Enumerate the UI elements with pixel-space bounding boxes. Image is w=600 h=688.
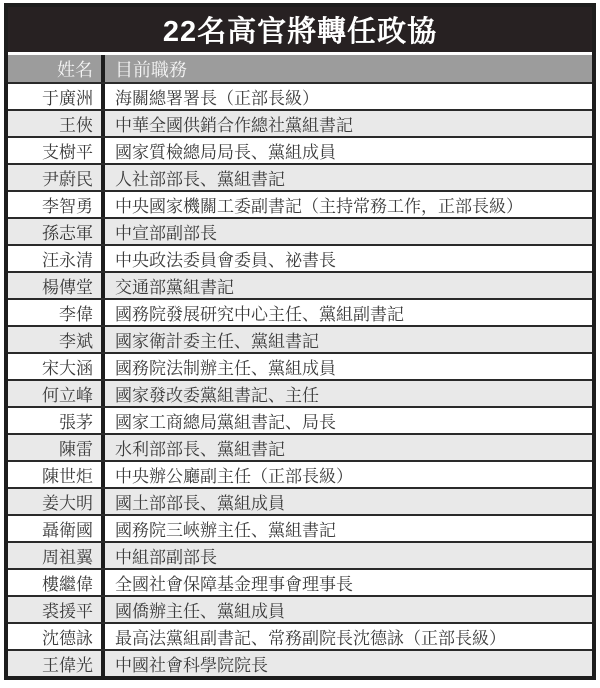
table-row: 張茅 國家工商總局黨組書記、局長 (8, 406, 592, 433)
official-position: 中央政法委員會委員、祕書長 (105, 246, 592, 271)
official-position: 國家工商總局黨組書記、局長 (105, 408, 592, 433)
official-name: 陳世炬 (8, 462, 101, 487)
official-name: 李斌 (8, 327, 101, 352)
official-position: 國務院法制辦主任、黨組成員 (105, 354, 592, 379)
table-row: 李智勇 中央國家機關工委副書記（主持常務工作，正部長級） (8, 190, 592, 217)
table-row: 聶衛國 國務院三峽辦主任、黨組書記 (8, 514, 592, 541)
table-row: 陳世炬 中央辦公廳副主任（正部長級） (8, 460, 592, 487)
official-position: 中華全國供銷合作總社黨組書記 (105, 111, 592, 136)
official-name: 李智勇 (8, 192, 101, 217)
official-name: 何立峰 (8, 381, 101, 406)
official-position: 國土部部長、黨組成員 (105, 489, 592, 514)
official-position: 人社部部長、黨組書記 (105, 165, 592, 190)
official-position: 國僑辦主任、黨組成員 (105, 597, 592, 622)
table-row: 楊傳堂 交通部黨組書記 (8, 271, 592, 298)
table-row: 支樹平 國家質檢總局局長、黨組成員 (8, 136, 592, 163)
table-row: 王俠 中華全國供銷合作總社黨組書記 (8, 109, 592, 136)
official-position: 中央辦公廳副主任（正部長級） (105, 462, 592, 487)
table-row: 樓繼偉 全國社會保障基金理事會理事長 (8, 568, 592, 595)
table-row: 尹蔚民 人社部部長、黨組書記 (8, 163, 592, 190)
official-position: 中央國家機關工委副書記（主持常務工作，正部長級） (105, 192, 592, 217)
officials-table: 22名高官將轉任政協 姓名 目前職務 于廣洲 海關總署署長（正部長級） 王俠 中… (4, 3, 596, 680)
official-position: 水利部部長、黨組書記 (105, 435, 592, 460)
official-name: 姜大明 (8, 489, 101, 514)
table-row: 何立峰 國家發改委黨組書記、主任 (8, 379, 592, 406)
table-row: 裘援平 國僑辦主任、黨組成員 (8, 595, 592, 622)
official-name: 陳雷 (8, 435, 101, 460)
official-name: 汪永清 (8, 246, 101, 271)
table-header-row: 姓名 目前職務 (8, 55, 592, 82)
table-row: 陳雷 水利部部長、黨組書記 (8, 433, 592, 460)
official-name: 支樹平 (8, 138, 101, 163)
table-row: 汪永清 中央政法委員會委員、祕書長 (8, 244, 592, 271)
official-position: 國務院三峽辦主任、黨組書記 (105, 516, 592, 541)
table-row: 李偉 國務院發展研究中心主任、黨組副書記 (8, 298, 592, 325)
official-name: 樓繼偉 (8, 570, 101, 595)
official-position: 中國社會科學院院長 (105, 651, 592, 676)
official-position: 中組部副部長 (105, 543, 592, 568)
official-name: 周祖翼 (8, 543, 101, 568)
official-position: 交通部黨組書記 (105, 273, 592, 298)
official-name: 裘援平 (8, 597, 101, 622)
table-row: 孫志軍 中宣部副部長 (8, 217, 592, 244)
official-name: 孫志軍 (8, 219, 101, 244)
official-name: 王俠 (8, 111, 101, 136)
official-name: 聶衛國 (8, 516, 101, 541)
official-position: 海關總署署長（正部長級） (105, 84, 592, 109)
official-name: 楊傳堂 (8, 273, 101, 298)
table-row: 王偉光 中國社會科學院院長 (8, 649, 592, 676)
official-position: 國家發改委黨組書記、主任 (105, 381, 592, 406)
official-name: 沈德詠 (8, 624, 101, 649)
official-position: 全國社會保障基金理事會理事長 (105, 570, 592, 595)
table-row: 姜大明 國土部部長、黨組成員 (8, 487, 592, 514)
official-position: 最高法黨組副書記、常務副院長沈德詠（正部長級） (105, 624, 592, 649)
table-row: 于廣洲 海關總署署長（正部長級） (8, 82, 592, 109)
table-row: 宋大涵 國務院法制辦主任、黨組成員 (8, 352, 592, 379)
header-name: 姓名 (8, 55, 101, 82)
page-title: 22名高官將轉任政協 (8, 7, 592, 52)
official-position: 國務院發展研究中心主任、黨組副書記 (105, 300, 592, 325)
official-position: 中宣部副部長 (105, 219, 592, 244)
official-name: 張茅 (8, 408, 101, 433)
table-row: 沈德詠 最高法黨組副書記、常務副院長沈德詠（正部長級） (8, 622, 592, 649)
table-row: 李斌 國家衛計委主任、黨組書記 (8, 325, 592, 352)
header-position: 目前職務 (105, 55, 592, 82)
official-name: 于廣洲 (8, 84, 101, 109)
official-name: 王偉光 (8, 651, 101, 676)
table-body: 于廣洲 海關總署署長（正部長級） 王俠 中華全國供銷合作總社黨組書記 支樹平 國… (8, 82, 592, 676)
official-position: 國家衛計委主任、黨組書記 (105, 327, 592, 352)
official-name: 李偉 (8, 300, 101, 325)
table-row: 周祖翼 中組部副部長 (8, 541, 592, 568)
official-name: 宋大涵 (8, 354, 101, 379)
official-name: 尹蔚民 (8, 165, 101, 190)
official-position: 國家質檢總局局長、黨組成員 (105, 138, 592, 163)
